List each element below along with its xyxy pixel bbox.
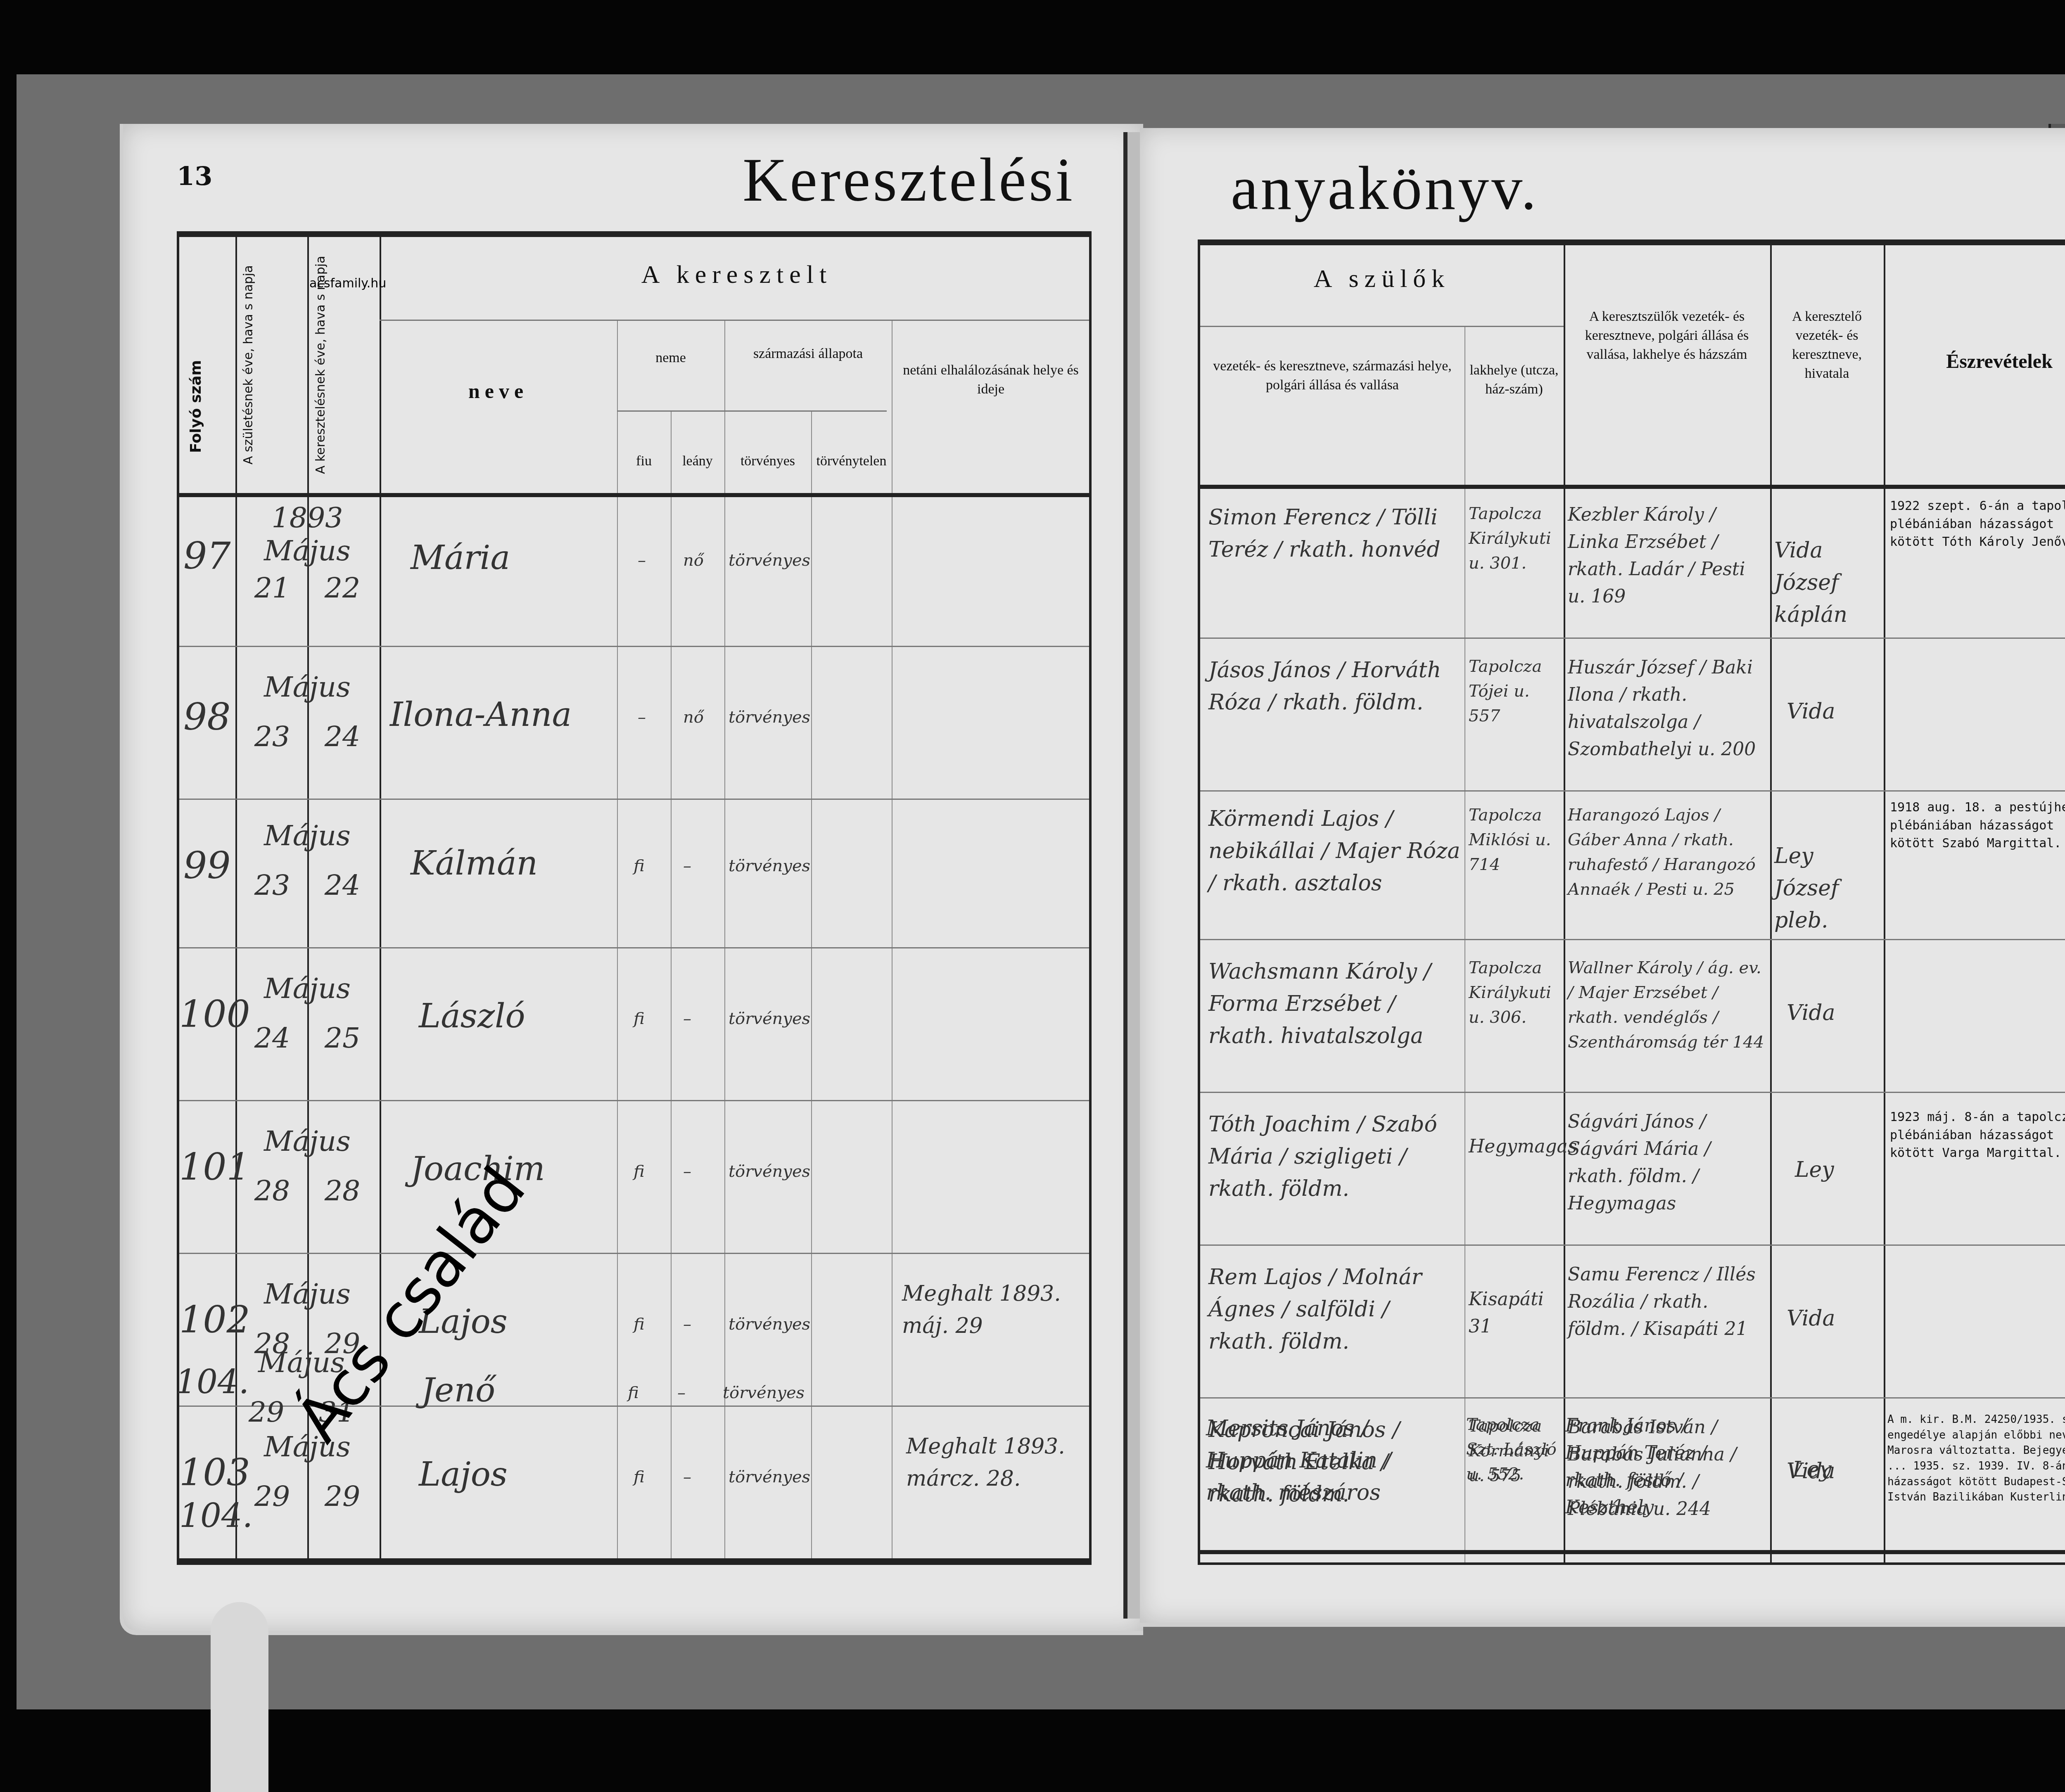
birth-month: Május	[237, 972, 377, 1006]
godparents: Huszár József / Baki Ilona / rkath. hiva…	[1568, 654, 1766, 763]
baptism-day: 29	[311, 1480, 373, 1514]
sex-female: –	[683, 856, 691, 875]
col-header-torvenytelen: törvénytelen	[811, 452, 892, 471]
parents-info: Jásos János / Horváth Róza / rkath. föld…	[1208, 654, 1460, 718]
col-header-szuletes: A születésnek éve, hava s napja	[241, 245, 303, 485]
legitimacy: törvényes	[729, 1315, 810, 1334]
baptizer: Vida	[1787, 1302, 1880, 1335]
col-header-residence: lakhelye (utcza, ház-szám)	[1469, 361, 1559, 399]
col-header-leany: leány	[671, 452, 724, 471]
legitimacy: törvényes	[729, 551, 810, 570]
birth-year: 1893	[237, 501, 377, 535]
remark: 1923 máj. 8-án a tapolczai plébániában h…	[1890, 1108, 2065, 1162]
baptism-day: 22	[311, 571, 373, 605]
residence: Kisapáti 31	[1469, 1286, 1559, 1340]
col-header-szarmazasi: származási állapota	[724, 344, 892, 363]
col-header-torvenyes: törvényes	[724, 452, 811, 471]
residence: Tapolcza Miklósi u. 714	[1469, 803, 1559, 877]
baptizer: Ley	[1792, 1453, 1877, 1486]
residence: Tapolcza Királykuti u. 306.	[1469, 955, 1559, 1030]
parents-info: Tóth Joachim / Szabó Mária / szigligeti …	[1208, 1108, 1460, 1205]
col-header-baptizer: A keresztelő vezeték- és keresztneve, hi…	[1774, 307, 1880, 383]
parents-info: Rem Lajos / Molnár Ágnes / salföldi / rk…	[1208, 1261, 1460, 1358]
col-header-fiu: fiu	[617, 452, 671, 471]
parents-info: Simon Ferencz / Tölli Teréz / rkath. hon…	[1208, 501, 1460, 566]
legitimacy: törvényes	[723, 1383, 805, 1402]
col-header-folyo-szam: Folyó szám	[188, 332, 229, 481]
godparents: Harangozó Lajos / Gáber Anna / rkath. ru…	[1568, 803, 1766, 902]
entry-number: 97	[183, 534, 231, 578]
entry-number: 99	[183, 844, 231, 887]
birth-day: 23	[241, 869, 303, 903]
remark: 1922 szept. 6-án a tapolczai plébániában…	[1890, 497, 2065, 551]
sex-female: –	[683, 1009, 691, 1028]
sex-female: –	[683, 1162, 691, 1181]
parents-info: Wachsmann Károly / Forma Erzsébet / rkat…	[1208, 955, 1460, 1052]
baptizer: Vida	[1787, 997, 1880, 1029]
child-name: Ilona-Anna	[390, 695, 572, 734]
residence: Tapolcza Királykuti u. 301.	[1469, 501, 1559, 576]
entry-number: 104.	[179, 1496, 253, 1535]
page-title-left: Keresztelési	[743, 145, 1075, 216]
birth-month: Május	[237, 671, 377, 704]
birth-day: 21	[241, 571, 303, 605]
entry-number: 98	[183, 695, 231, 739]
baptism-day: 24	[311, 720, 373, 754]
legitimacy: törvényes	[729, 1162, 810, 1181]
child-name: Jenő	[421, 1371, 495, 1409]
parents-info: Mersits János / Huppán Katalin / rkath. …	[1206, 1412, 1458, 1509]
godparents: Samu Ferencz / Illés Rozália / rkath. fö…	[1568, 1261, 1766, 1343]
child-name: Kálmán	[411, 844, 538, 882]
sex-male: fi	[634, 1467, 645, 1486]
death-note: Meghalt 1893. márcz. 28.	[906, 1430, 1088, 1495]
birth-month: Május	[237, 534, 377, 568]
godparents: Wallner Károly / ág. ev. / Majer Erzsébe…	[1568, 955, 1766, 1055]
sex-male: fi	[634, 1315, 645, 1334]
birth-month: Május	[237, 819, 377, 853]
group-header-a-szulok: A szülők	[1200, 262, 1564, 296]
residence: Tapolcza Szt. László u. 552.	[1466, 1412, 1557, 1486]
birth-month: Május	[237, 1125, 377, 1159]
child-name: Lajos	[419, 1455, 508, 1493]
group-header-a-keresztelt: A keresztelt	[380, 258, 1094, 292]
sex-male: fi	[634, 1162, 645, 1181]
godparents: Kezbler Károly / Linka Erzsébet / rkath.…	[1568, 501, 1766, 610]
parents-table: A szülők vezeték- és keresztneve, szárma…	[1198, 239, 2065, 1565]
col-header-neve: neve	[380, 377, 617, 405]
sex-female: nő	[683, 551, 704, 570]
birth-day: 24	[241, 1022, 303, 1055]
birth-day: 23	[241, 720, 303, 754]
residence: Tapolcza Tójei u. 557	[1469, 654, 1559, 728]
sex-female: –	[683, 1315, 691, 1334]
sex-male: –	[638, 708, 646, 727]
legitimacy: törvényes	[729, 856, 810, 875]
baptizer: Ley	[1795, 1154, 1880, 1186]
left-page-number: 13	[177, 161, 212, 191]
birth-month: Május	[237, 1430, 377, 1464]
residence: Hegymagas	[1469, 1133, 1559, 1160]
baptizer: Vida József káplán	[1774, 534, 1880, 631]
sex-female: –	[677, 1383, 686, 1402]
col-header-halalozas: netáni elhalálozásának helye és ideje	[898, 361, 1084, 399]
birth-day: 28	[241, 1174, 303, 1208]
baptizer: Vida	[1787, 695, 1880, 728]
baptizer: Ley József pleb.	[1774, 840, 1880, 936]
col-header-parents-name: vezeték- és keresztneve, származási hely…	[1208, 357, 1456, 395]
sex-male: –	[638, 551, 646, 570]
col-header-godparents: A keresztszülők vezeték- és keresztneve,…	[1568, 307, 1766, 364]
sex-male: fi	[634, 1009, 645, 1028]
legitimacy: törvényes	[729, 708, 810, 727]
col-header-remarks: Észrevételek	[1888, 348, 2065, 375]
finger-holding-page	[211, 1602, 268, 1792]
remark: A m. kir. B.M. 24250/1935. sz. engedélye…	[1887, 1412, 2065, 1505]
sex-female: nő	[683, 708, 704, 727]
baptism-day: 28	[311, 1174, 373, 1208]
col-header-neme: neme	[617, 348, 724, 367]
baptism-day: 24	[311, 869, 373, 903]
right-page: anyakönyv. 13 A szülők vezeték- és keres…	[1140, 128, 2065, 1627]
header-bottom-rule	[179, 493, 1089, 497]
remark: 1918 aug. 18. a pestújhelyi plébániában …	[1890, 799, 2065, 853]
baptism-day: 25	[311, 1022, 373, 1055]
sex-male: fi	[634, 856, 645, 875]
death-note: Meghalt 1893. máj. 29	[902, 1278, 1084, 1342]
page-title-right: anyakönyv.	[1231, 153, 1539, 224]
godparents: Frank János / Huppán Teréz / rkath. fest…	[1565, 1412, 1764, 1521]
sex-female: –	[683, 1467, 691, 1486]
child-name: Mária	[411, 538, 510, 577]
legitimacy: törvényes	[729, 1467, 810, 1486]
sex-male: fi	[628, 1383, 639, 1402]
birth-month: Május	[237, 1278, 377, 1311]
legitimacy: törvényes	[729, 1009, 810, 1028]
godparents: Ságvári János / Ságvári Mária / rkath. f…	[1568, 1108, 1766, 1217]
child-name: László	[419, 997, 525, 1035]
watermark-acsfamily: acsfamily.hu	[309, 276, 386, 291]
parents-info: Körmendi Lajos / nebikállai / Majer Róza…	[1208, 803, 1460, 899]
